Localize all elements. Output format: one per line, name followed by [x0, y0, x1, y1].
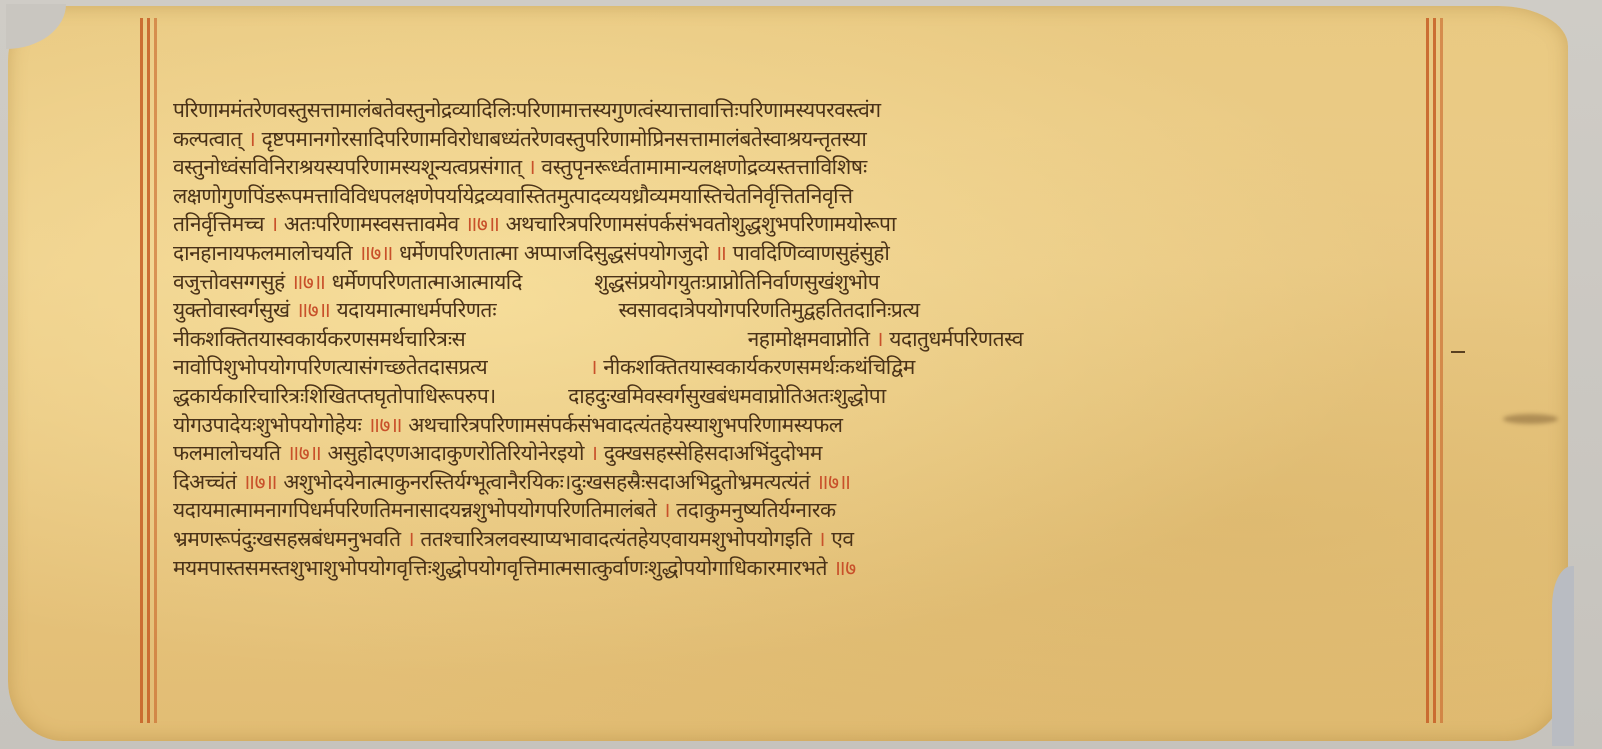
ink-stain [1503, 414, 1558, 424]
line-text: युक्तोवास्वर्गसुखं [173, 296, 290, 325]
text-line-6: दानहानायफलमालोचयति ॥७॥ धर्मेणपरिणतात्मा … [173, 239, 1438, 268]
line-text: वजुत्तोवसग्गसुहं [173, 268, 285, 297]
line-text: फलमालोचयति [173, 439, 281, 468]
line-text: अथचारित्रपरिणामसंपर्कसंभवतोशुद्धशुभपरिणा… [506, 210, 896, 239]
line-text: यदायमात्मामनागपिधर्मपरिणतिमनासादयन्नशुभो… [173, 496, 656, 525]
right-margin-rule-3 [1440, 18, 1443, 723]
text-line-17: मयमपास्तसमस्तशुभाशुभोपयोगवृत्तिःशुद्धोपय… [173, 554, 1438, 583]
text-line-2: कल्पत्वात् । दृष्टपमानगोरसादिपरिणामविरोध… [173, 125, 1438, 154]
line-text: नहामोक्षमवाप्नोति [748, 325, 870, 354]
line-text: नावोपिशुभोपयोगपरिणत्यासंगच्छतेतदासप्रत्य [173, 353, 487, 382]
danda-mark: । [270, 210, 277, 239]
verse-number-marker: ॥७॥ [291, 268, 326, 297]
line-text: तदाकुमनुष्यतिर्यग्नारक [676, 496, 835, 525]
left-margin-rule-2 [147, 18, 150, 723]
line-text: यदातुधर्मपरिणतस्व [889, 325, 1023, 354]
text-line-15: यदायमात्मामनागपिधर्मपरिणतिमनासादयन्नशुभो… [173, 496, 1438, 525]
margin-tick-mark [1451, 351, 1465, 353]
danda-mark: । [590, 439, 597, 468]
line-text: तनिर्वृत्तिमच्च [173, 210, 264, 239]
line-text: शुद्धसंप्रयोगयुतःप्राप्नोतिनिर्वाणसुखंशु… [594, 268, 879, 297]
danda-mark: । [248, 125, 255, 154]
line-text: दानहानायफलमालोचयति [173, 239, 352, 268]
verse-number-marker: ॥७॥ [816, 468, 851, 497]
line-text: असुहोदएणआदाकुणरोतिरियोनेरइयो [327, 439, 583, 468]
left-margin-rule-3 [154, 18, 157, 723]
verse-number-marker: ॥७॥ [465, 210, 500, 239]
line-text: कल्पत्वात् [173, 125, 242, 154]
danda-mark: । [876, 325, 883, 354]
text-line-1: परिणाममंतरेणवस्तुसत्तामालंबतेवस्तुनोद्रव… [173, 96, 1438, 125]
danda-mark: । [663, 496, 670, 525]
text-line-3: वस्तुनोध्वंसविनिराश्रयस्यपरिणामस्यशून्यत… [173, 153, 1438, 182]
verse-number-marker: ॥७ [833, 554, 856, 583]
line-text: धर्मेणपरिणतात्मा अप्पाजदिसुद्धसंपयोगजुदो [399, 239, 708, 268]
danda-mark: । [528, 153, 535, 182]
line-text: वस्तुनोध्वंसविनिराश्रयस्यपरिणामस्यशून्यत… [173, 153, 522, 182]
line-text: धर्मेणपरिणतात्माआत्मायदि [332, 268, 522, 297]
line-text: अशुभोदयेनात्माकुनरस्तिर्यग्भूत्वानैरयिकः… [283, 468, 810, 497]
left-margin-rule-1 [140, 18, 143, 723]
line-text: दाहदुःखमिवस्वर्गसुखबंधमवाप्नोतिअतःशुद्धो… [568, 382, 886, 411]
line-text: पावदिणिव्वाणसुहंसुहो [733, 239, 890, 268]
line-text: लक्षणोगुणपिंडरूपमत्ताविविधपलक्षणेपर्याये… [173, 182, 853, 211]
text-line-5: तनिर्वृत्तिमच्च । अतःपरिणामस्वसत्तावमेव … [173, 210, 1438, 239]
text-line-11: द्धकार्यकारिचारित्रःशिखितप्तघृतोपाधिरूपर… [173, 382, 1438, 411]
line-text: नीकशक्तितयास्वकार्यकरणसमर्थःकथंचिद्विम [603, 353, 915, 382]
verse-number-marker: ॥७॥ [367, 411, 402, 440]
line-text: मयमपास्तसमस्तशुभाशुभोपयोगवृत्तिःशुद्धोपय… [173, 554, 827, 583]
line-text: परिणाममंतरेणवस्तुसत्तामालंबतेवस्तुनोद्रव… [173, 96, 881, 125]
verse-number-marker: ॥७॥ [358, 239, 393, 268]
line-text: यदायमात्माधर्मपरिणतः [336, 296, 496, 325]
line-text: योगउपादेयःशुभोपयोगोहेयः [173, 411, 361, 440]
text-line-8: युक्तोवास्वर्गसुखं ॥७॥ यदायमात्माधर्मपरि… [173, 296, 1438, 325]
danda-mark: । [407, 525, 414, 554]
line-text: द्धकार्यकारिचारित्रःशिखितप्तघृतोपाधिरूपर… [173, 382, 496, 411]
danda-mark: । [590, 353, 597, 382]
verse-number-marker: ॥७॥ [287, 439, 322, 468]
text-line-14: दिअच्चंतं ॥७॥ अशुभोदयेनात्माकुनरस्तिर्यग… [173, 468, 1438, 497]
line-text: अथचारित्रपरिणामसंपर्कसंभवादत्यंतहेयस्याश… [408, 411, 842, 440]
line-text: एव [831, 525, 853, 554]
danda-mark: । [818, 525, 825, 554]
text-line-9: नीकशक्तितयास्वकार्यकरणसमर्थचारित्रःस नहा… [173, 325, 1438, 354]
line-text: भ्रमणरूपंदुःखसहस्रबंधमनुभवति [173, 525, 401, 554]
text-line-7: वजुत्तोवसग्गसुहं ॥७॥ धर्मेणपरिणतात्माआत्… [173, 268, 1438, 297]
line-text: दुक्खसहस्सेहिसदाअभिंदुदोभम [604, 439, 822, 468]
line-text: ततश्चारित्रलवस्याप्यभावादत्यंतहेयएवायमशु… [420, 525, 811, 554]
danda-mark: ॥ [714, 239, 726, 268]
text-line-10: नावोपिशुभोपयोगपरिणत्यासंगच्छतेतदासप्रत्य… [173, 353, 1438, 382]
line-text: अतःपरिणामस्वसत्तावमेव [284, 210, 459, 239]
verse-number-marker: ॥७॥ [243, 468, 278, 497]
text-line-4: लक्षणोगुणपिंडरूपमत्ताविविधपलक्षणेपर्याये… [173, 182, 1438, 211]
manuscript-folio: परिणाममंतरेणवस्तुसत्तामालंबतेवस्तुनोद्रव… [8, 6, 1568, 741]
verse-number-marker: ॥७॥ [296, 296, 331, 325]
text-line-13: फलमालोचयति ॥७॥ असुहोदएणआदाकुणरोतिरियोनेर… [173, 439, 1438, 468]
text-line-16: भ्रमणरूपंदुःखसहस्रबंधमनुभवति । ततश्चारित… [173, 525, 1438, 554]
manuscript-text: परिणाममंतरेणवस्तुसत्तामालंबतेवस्तुनोद्रव… [173, 96, 1438, 582]
line-text: दिअच्चंतं [173, 468, 236, 497]
line-text: वस्तुपृनरूर्ध्वतामामान्यलक्षणोद्रव्यस्तत… [541, 153, 866, 182]
line-text: स्वसावदात्रेपयोगपरिणतिमुद्वहतितदानिःप्रत… [619, 296, 920, 325]
line-text: दृष्टपमानगोरसादिपरिणामविरोधाबध्यंतरेणवस्… [262, 125, 867, 154]
text-line-12: योगउपादेयःशुभोपयोगोहेयः ॥७॥ अथचारित्रपरि… [173, 411, 1438, 440]
line-text: नीकशक्तितयास्वकार्यकरणसमर्थचारित्रःस [173, 325, 465, 354]
photo-background: परिणाममंतरेणवस्तुसत्तामालंबतेवस्तुनोद्रव… [0, 0, 1602, 749]
